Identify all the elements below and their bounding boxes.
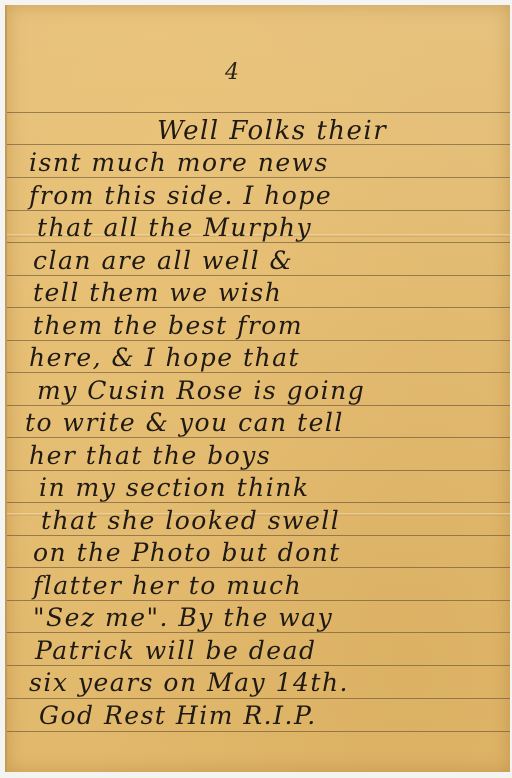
letter-line: God Rest Him R.I.P. (39, 701, 317, 730)
letter-line: isnt much more news (29, 148, 329, 177)
ruled-line (7, 535, 510, 536)
ruled-line (7, 307, 510, 308)
letter-line: Patrick will be dead (35, 636, 316, 665)
ruled-line (7, 372, 510, 373)
letter-line: here, & I hope that (29, 343, 300, 372)
ruled-line (7, 600, 510, 601)
letter-page: 4 Well Folks their isnt much more news f… (5, 5, 510, 772)
letter-line: my Cusin Rose is going (37, 376, 365, 405)
letter-line: Well Folks their (157, 116, 387, 146)
ruled-line (7, 275, 510, 276)
letter-line: her that the boys (29, 441, 271, 470)
letter-line: flatter her to much (33, 571, 302, 600)
ruled-line (7, 340, 510, 341)
ruled-line (7, 698, 510, 699)
letter-line: on the Photo but dont (33, 538, 341, 567)
letter-line: in my section think (39, 473, 309, 502)
ruled-line (7, 567, 510, 568)
letter-line: that she looked swell (41, 506, 340, 535)
ruled-line (7, 632, 510, 633)
ruled-line (7, 502, 510, 503)
ruled-line (7, 210, 510, 211)
ruled-line (7, 112, 510, 113)
ruled-line (7, 177, 510, 178)
letter-line: clan are all well & (33, 246, 293, 275)
ruled-line (7, 437, 510, 438)
ruled-line (7, 242, 510, 243)
ruled-line (7, 405, 510, 406)
letter-line: from this side. I hope (29, 181, 332, 210)
letter-line: "Sez me". By the way (33, 603, 333, 632)
letter-line: tell them we wish (33, 278, 282, 307)
ruled-line (7, 470, 510, 471)
ruled-line (7, 665, 510, 666)
letter-line: to write & you can tell (25, 408, 344, 437)
ruled-line (7, 731, 510, 732)
letter-line: six years on May 14th. (29, 668, 349, 697)
letter-line: them the best from (33, 311, 303, 340)
letter-line: that all the Murphy (37, 213, 312, 242)
page-number: 4 (225, 60, 239, 85)
